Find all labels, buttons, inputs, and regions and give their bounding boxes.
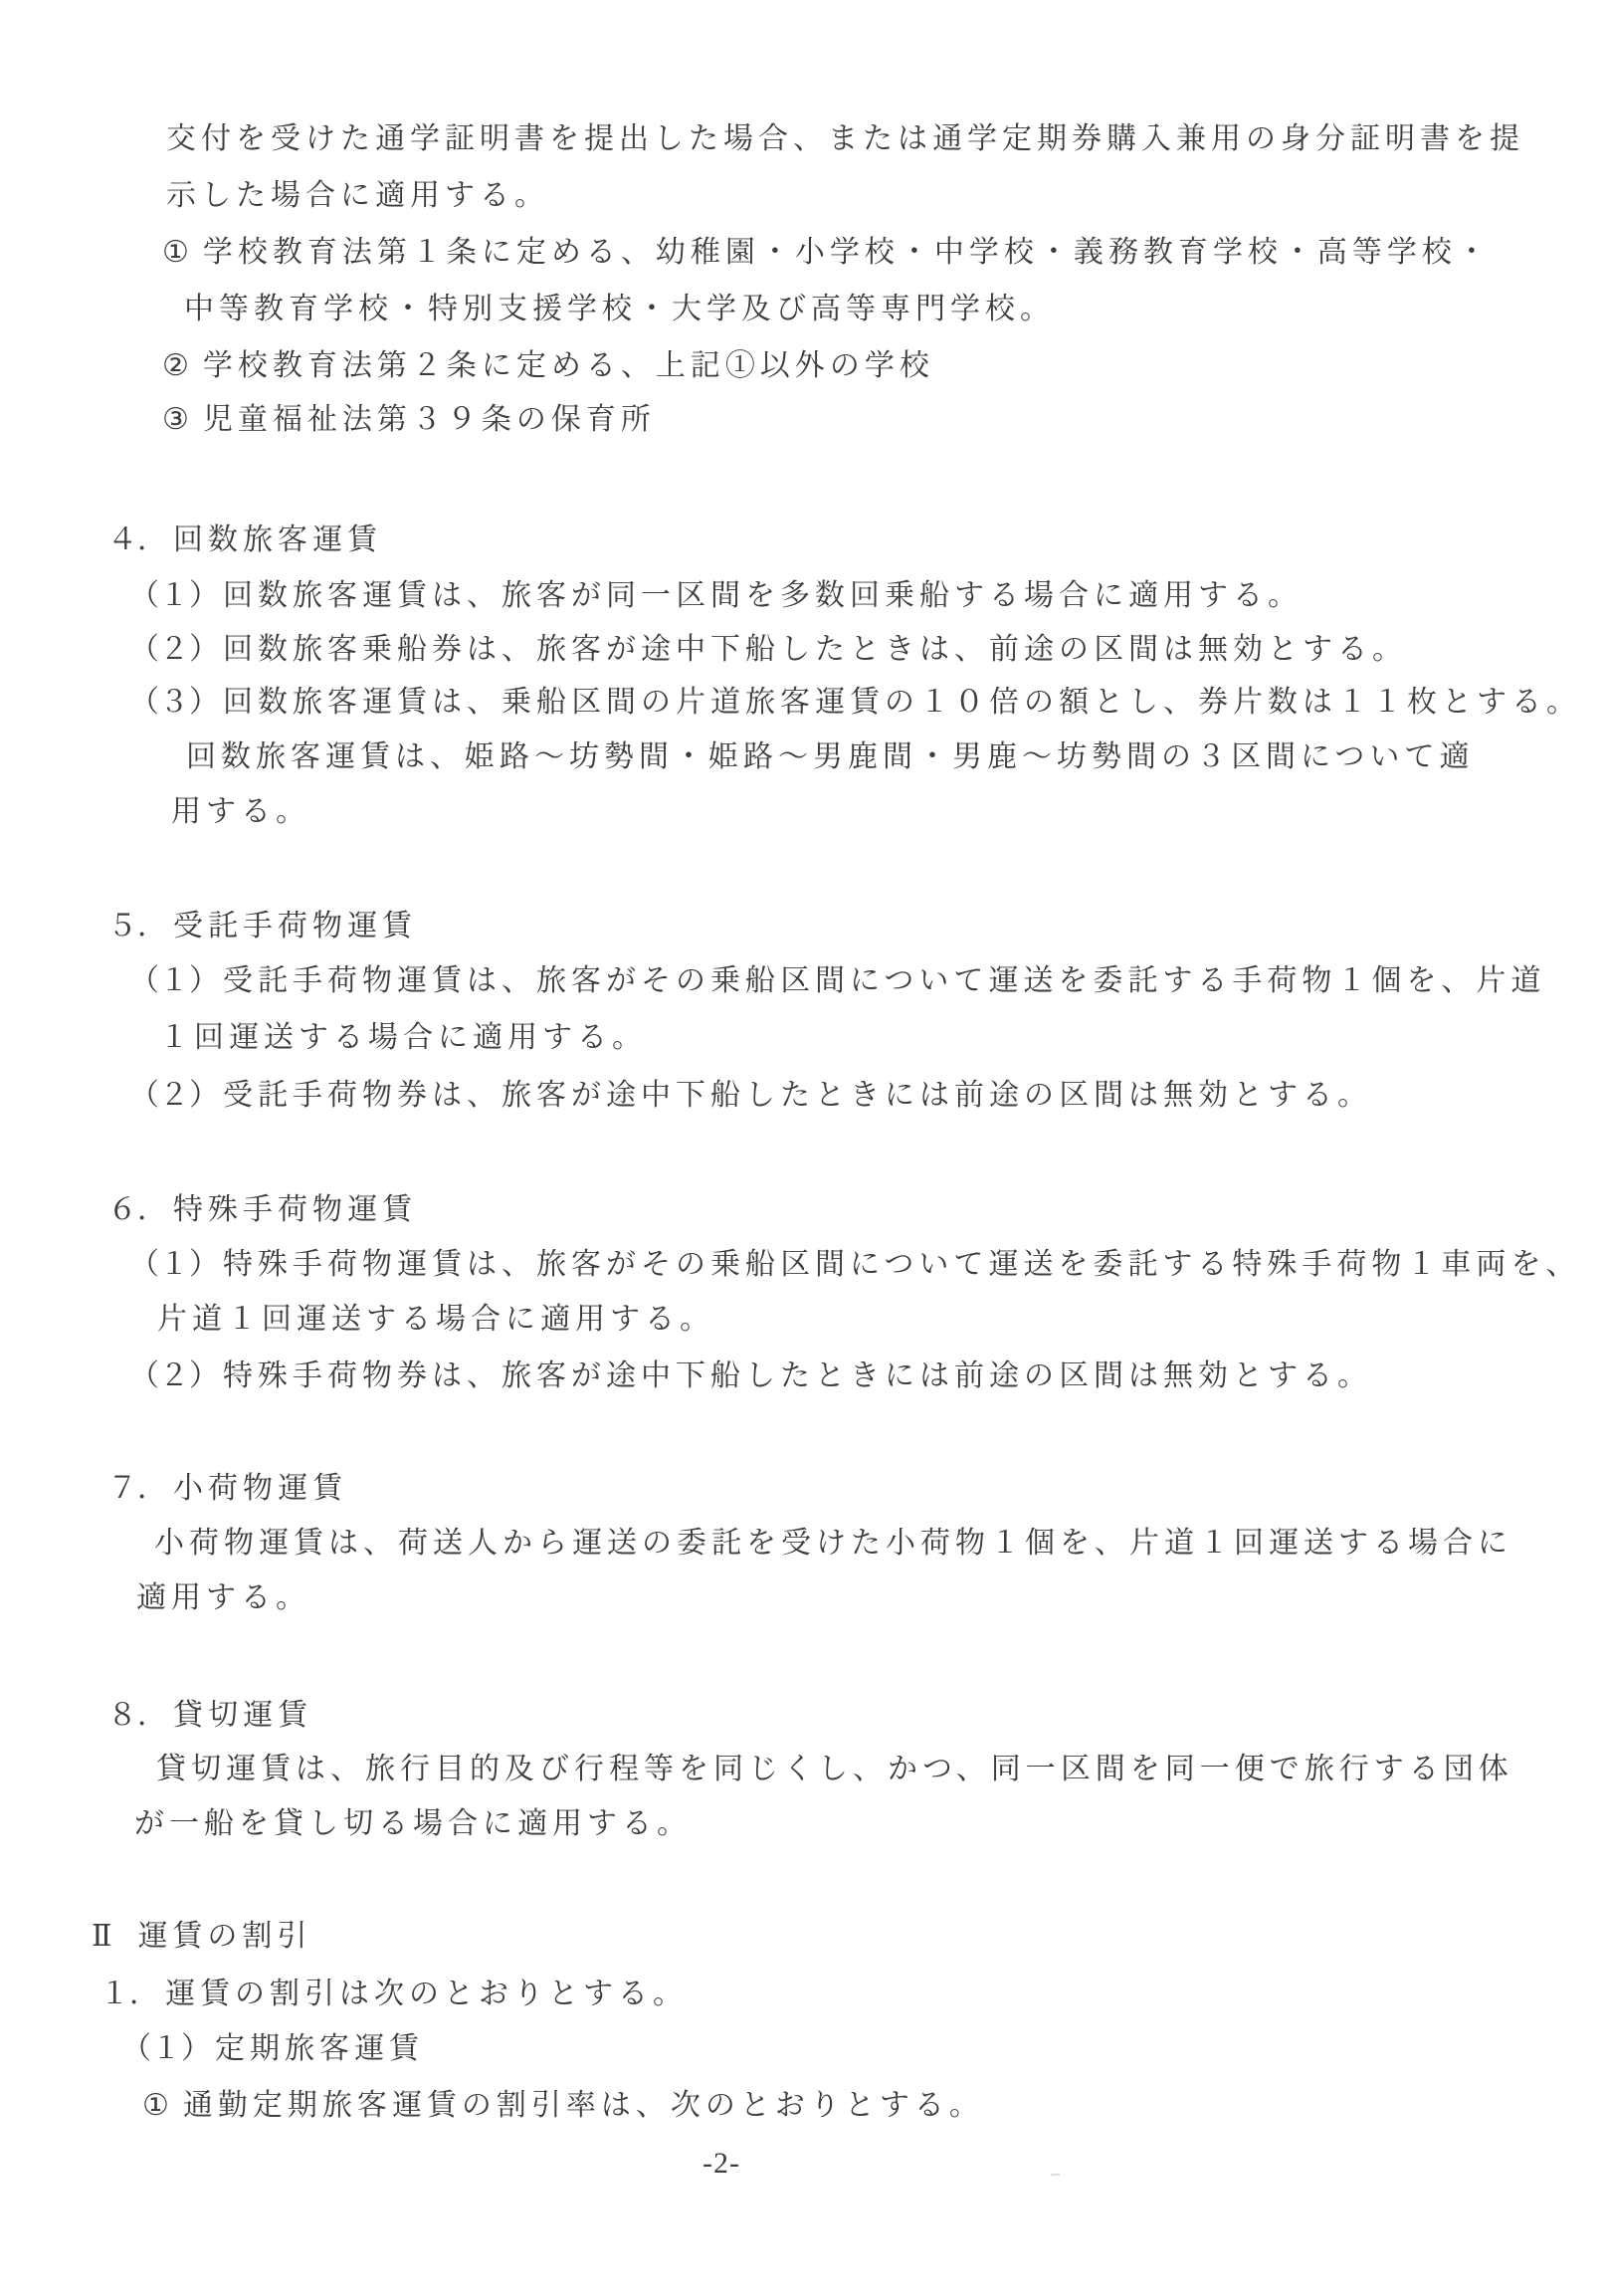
- paragraph-line: 交付を受けた通学証明書を提出した場合、または通学定期券購入兼用の身分証明書を提: [166, 123, 1524, 155]
- list-item-text: 回数旅客運賃は、乗船区間の片道旅客運賃の１０倍の額とし、券片数は１１枚とする。: [223, 686, 1581, 719]
- paren-number-marker: （３）: [129, 687, 219, 719]
- part-numeral: Ⅱ: [92, 1921, 111, 1953]
- list-item-continuation: 回数旅客運賃は、姫路～坊勢間・姫路～男鹿間・男鹿～坊勢間の３区間について適: [186, 741, 1474, 773]
- circled-list-item: ③児童福祉法第３９条の保育所: [162, 404, 656, 436]
- list-item-continuation: １回運送する場合に適用する。: [159, 1022, 647, 1054]
- document-page: 交付を受けた通学証明書を提出した場合、または通学定期券購入兼用の身分証明書を提 …: [0, 0, 1607, 2296]
- paren-number-marker: （１）: [121, 2033, 211, 2065]
- list-item-text: 回数旅客乗船券は、旅客が途中下船したときは、前途の区間は無効とする。: [223, 633, 1407, 666]
- list-item: （２）特殊手荷物券は、旅客が途中下船したときには前途の区間は無効とする。: [129, 1360, 1372, 1392]
- list-item-text: 特殊手荷物運賃は、旅客がその乗船区間について運送を委託する特殊手荷物１車両を、: [223, 1248, 1580, 1281]
- section-number: ６．: [107, 1194, 167, 1226]
- section-heading: ６．特殊手荷物運賃: [107, 1194, 417, 1226]
- item-text: 運賃の割引は次のとおりとする。: [165, 1978, 688, 2010]
- list-item-text: 児童福祉法第３９条の保育所: [203, 403, 656, 436]
- section-heading: ７．小荷物運賃: [107, 1473, 347, 1505]
- paren-number-marker: （１）: [129, 1249, 219, 1281]
- paragraph-line: 小荷物運賃は、荷送人から運送の委託を受けた小荷物１個を、片道１回運送する場合に: [154, 1528, 1512, 1560]
- paragraph-line: が一船を貸し切る場合に適用する。: [134, 1808, 692, 1840]
- list-item-text: 特殊手荷物券は、旅客が途中下船したときには前途の区間は無効とする。: [223, 1359, 1372, 1392]
- list-item: （１）定期旅客運賃: [121, 2033, 424, 2065]
- circled-list-item: ②学校教育法第２条に定める、上記①以外の学校: [162, 350, 934, 382]
- section-title: 小荷物運賃: [173, 1472, 347, 1505]
- section-number: ７．: [107, 1473, 167, 1505]
- paragraph-line: 貸切運賃は、旅行目的及び行程等を同じくし、かつ、同一区間を同一便で旅行する団体: [156, 1754, 1513, 1785]
- list-item-text: 定期旅客運賃: [215, 2032, 424, 2065]
- numbered-item: １．運賃の割引は次のとおりとする。: [100, 1979, 688, 2010]
- list-item: （２）回数旅客乗船券は、旅客が途中下船したときは、前途の区間は無効とする。: [129, 634, 1407, 666]
- paragraph-line: 示した場合に適用する。: [166, 180, 549, 212]
- circled-number-marker: ①: [142, 2090, 169, 2122]
- section-title: 回数旅客運賃: [173, 523, 382, 556]
- circled-list-item: ①学校教育法第１条に定める、幼稚園・小学校・中学校・義務教育学校・高等学校・: [162, 237, 1492, 269]
- list-item-text: 学校教育法第２条に定める、上記①以外の学校: [203, 349, 934, 382]
- section-number: ４．: [107, 524, 167, 556]
- list-item-text: 通勤定期旅客運賃の割引率は、次のとおりとする。: [183, 2089, 984, 2122]
- list-item: （１）特殊手荷物運賃は、旅客がその乗船区間について運送を委託する特殊手荷物１車両…: [129, 1249, 1580, 1281]
- section-title: 特殊手荷物運賃: [173, 1193, 417, 1226]
- list-item: （１）回数旅客運賃は、旅客が同一区間を多数回乗船する場合に適用する。: [129, 580, 1303, 612]
- circled-number-marker: ①: [162, 237, 189, 269]
- circled-list-item: ①通勤定期旅客運賃の割引率は、次のとおりとする。: [142, 2090, 984, 2122]
- part-title: 運賃の割引: [137, 1920, 311, 1953]
- section-heading: ５．受託手荷物運賃: [107, 911, 417, 942]
- paren-number-marker: （２）: [129, 1080, 219, 1112]
- list-item-continuation: 用する。: [171, 796, 310, 828]
- list-item-text: 受託手荷物券は、旅客が途中下船したときには前途の区間は無効とする。: [223, 1079, 1372, 1112]
- section-title: 受託手荷物運賃: [173, 910, 417, 942]
- item-number: １．: [100, 1979, 159, 2010]
- section-title: 貸切運賃: [173, 1699, 312, 1732]
- list-item-text: 学校教育法第１条に定める、幼稚園・小学校・中学校・義務教育学校・高等学校・: [203, 236, 1492, 269]
- part-heading: Ⅱ運賃の割引: [92, 1921, 311, 1953]
- list-item-continuation: 片道１回運送する場合に適用する。: [157, 1304, 714, 1336]
- scan-artifact: [1051, 2174, 1060, 2177]
- paren-number-marker: （２）: [129, 1360, 219, 1392]
- section-number: ５．: [107, 911, 167, 942]
- list-item-text: 受託手荷物運賃は、旅客がその乗船区間について運送を委託する手荷物１個を、片道: [223, 964, 1545, 997]
- list-item-continuation: 中等教育学校・特別支援学校・大学及び高等専門学校。: [184, 294, 1055, 325]
- circled-number-marker: ②: [162, 350, 189, 382]
- paren-number-marker: （２）: [129, 634, 219, 666]
- page-number: -2-: [652, 2148, 791, 2180]
- list-item: （２）受託手荷物券は、旅客が途中下船したときには前途の区間は無効とする。: [129, 1080, 1372, 1112]
- circled-number-marker: ③: [162, 404, 189, 436]
- section-heading: ４．回数旅客運賃: [107, 524, 382, 556]
- paragraph-line: 適用する。: [136, 1582, 310, 1614]
- section-number: ８．: [107, 1700, 167, 1732]
- list-item: （１）受託手荷物運賃は、旅客がその乗船区間について運送を委託する手荷物１個を、片…: [129, 965, 1545, 997]
- paren-number-marker: （１）: [129, 580, 219, 612]
- list-item: （３）回数旅客運賃は、乗船区間の片道旅客運賃の１０倍の額とし、券片数は１１枚とす…: [129, 687, 1581, 719]
- section-heading: ８．貸切運賃: [107, 1700, 312, 1732]
- paren-number-marker: （１）: [129, 965, 219, 997]
- list-item-text: 回数旅客運賃は、旅客が同一区間を多数回乗船する場合に適用する。: [223, 579, 1303, 612]
